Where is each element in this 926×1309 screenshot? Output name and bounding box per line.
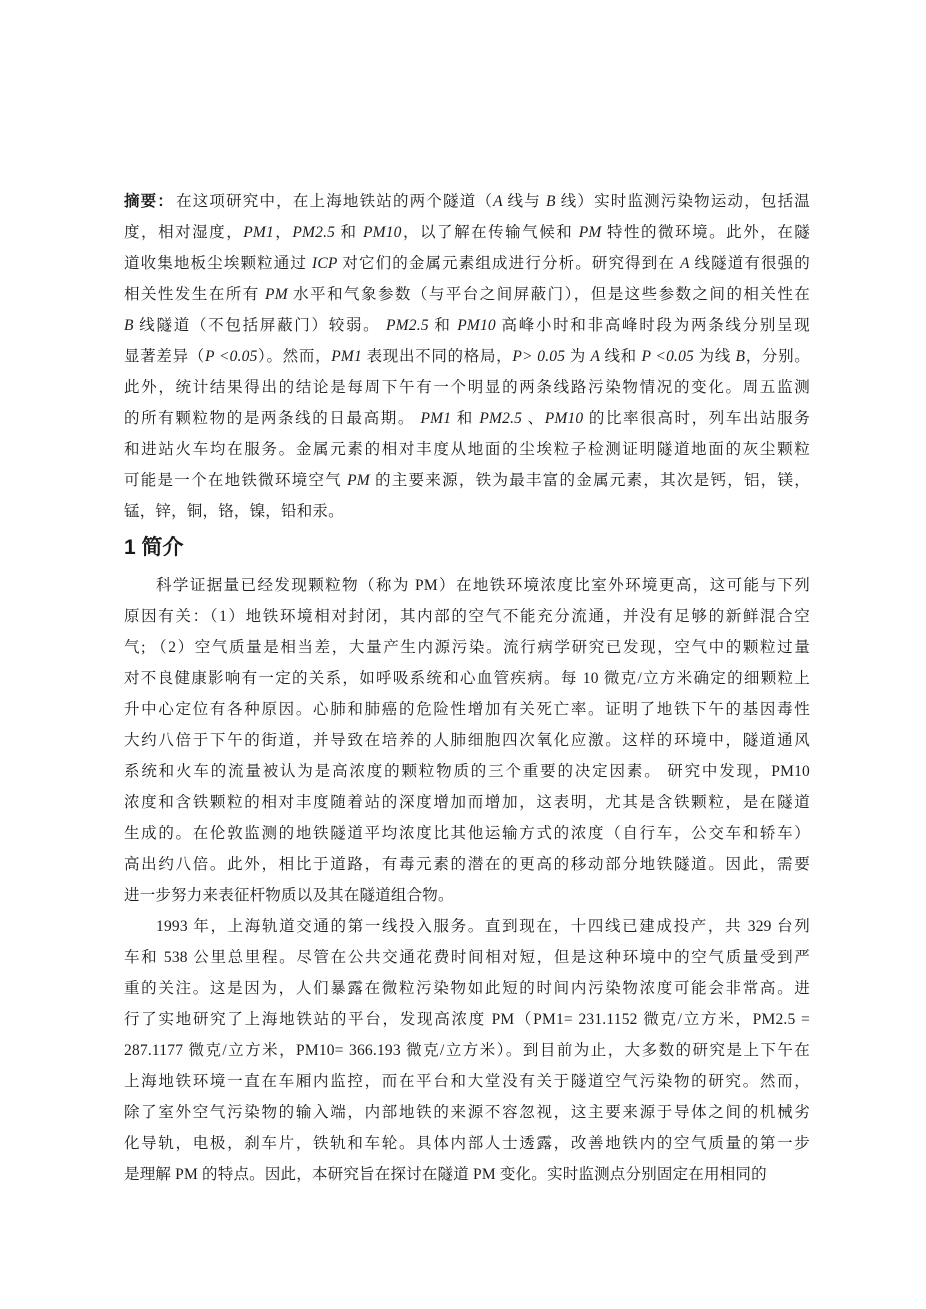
text-line: 原因有关：（1）地铁环境相对封闭，其内部的空气不能充分流通，并没有足够的新鲜混合…: [124, 601, 810, 632]
section-heading-intro: 1 简介: [124, 533, 810, 563]
text-line-content: 度，相对湿度，PM1，PM2.5 和 PM10，以了解在传输气候和 PM 特性的…: [124, 224, 810, 241]
text-line: 锰，锌，铜，铬，镍，铅和汞。: [124, 496, 810, 527]
text-line-content: 和进站火车均在服务。金属元素的相对丰度从地面的尘埃粒子检测证明隧道地面的灰尘颗粒: [124, 441, 810, 458]
text-line-content: 原因有关：（1）地铁环境相对封闭，其内部的空气不能充分流通，并没有足够的新鲜混合…: [124, 608, 810, 625]
text-line: 气; （2）空气质量是相当差，大量产生内源污染。流行病学研究已发现，空气中的颗粒…: [124, 632, 810, 663]
text-line-content: 气; （2）空气质量是相当差，大量产生内源污染。流行病学研究已发现，空气中的颗粒…: [124, 639, 810, 656]
text-line: 摘要：在这项研究中，在上海地铁站的两个隧道（A 线与 B 线）实时监测污染物运动…: [124, 186, 810, 217]
text-line-content: 车和 538 公里总里程。尽管在公共交通花费时间相对短，但是这种环境中的空气质量…: [124, 949, 810, 966]
text-line: 和进站火车均在服务。金属元素的相对丰度从地面的尘埃粒子检测证明隧道地面的灰尘颗粒: [124, 434, 810, 465]
text-line-content: 此外，统计结果得出的结论是每周下午有一个明显的两条线路污染物情况的变化。周五监测: [124, 379, 810, 396]
text-line-content: 升中心定位有各种原因。心肺和肺癌的危险性增加有关死亡率。证明了地铁下午的基因毒性: [124, 701, 810, 718]
text-line-content: 287.1177 微克/立方米，PM10= 366.193 微克/立方米）。到目…: [124, 1042, 810, 1059]
text-line-content: 上海地铁环境一直在车厢内监控，而在平台和大堂没有关于隧道空气污染物的研究。然而，: [124, 1073, 810, 1090]
text-line: 重的关注。这是因为，人们暴露在微粒污染物如此短的时间内污染物浓度可能会非常高。进: [124, 973, 810, 1004]
text-line: 相关性发生在所有 PM 水平和气象参数（与平台之间屏蔽门），但是这些参数之间的相…: [124, 279, 810, 310]
text-line: 上海地铁环境一直在车厢内监控，而在平台和大堂没有关于隧道空气污染物的研究。然而，: [124, 1066, 810, 1097]
document-content: 摘要：在这项研究中，在上海地铁站的两个隧道（A 线与 B 线）实时监测污染物运动…: [124, 186, 810, 1190]
text-line-content: 大约八倍于下午的街道，并导致在培养的人肺细胞四次氧化应激。这样的环境中，隧道通风: [124, 732, 810, 749]
text-line-content: 1993 年，上海轨道交通的第一线投入服务。直到现在，十四线已建成投产，共 32…: [156, 918, 810, 935]
text-line: 系统和火车的流量被认为是高浓度的颗粒物质的三个重要的决定因素。 研究中发现，PM…: [124, 756, 810, 787]
text-line-content: 系统和火车的流量被认为是高浓度的颗粒物质的三个重要的决定因素。 研究中发现，PM…: [124, 763, 810, 780]
text-line: 科学证据量已经发现颗粒物（称为 PM）在地铁环境浓度比室外环境更高，这可能与下列: [124, 570, 810, 601]
body-paragraph: 1993 年，上海轨道交通的第一线投入服务。直到现在，十四线已建成投产，共 32…: [124, 911, 810, 1190]
text-line: 除了室外空气污染物的输入端，内部地铁的来源不容忽视，这主要来源于导体之间的机械劣: [124, 1097, 810, 1128]
body-paragraph: 科学证据量已经发现颗粒物（称为 PM）在地铁环境浓度比室外环境更高，这可能与下列…: [124, 570, 810, 911]
text-line: 生成的。在伦敦监测的地铁隧道平均浓度比其他运输方式的浓度（自行车，公交车和轿车）: [124, 818, 810, 849]
introduction-paragraphs: 科学证据量已经发现颗粒物（称为 PM）在地铁环境浓度比室外环境更高，这可能与下列…: [124, 570, 810, 1190]
abstract-paragraph: 摘要：在这项研究中，在上海地铁站的两个隧道（A 线与 B 线）实时监测污染物运动…: [124, 186, 810, 527]
text-line-content: 锰，锌，铜，铬，镍，铅和汞。: [124, 503, 344, 520]
text-line: 大约八倍于下午的街道，并导致在培养的人肺细胞四次氧化应激。这样的环境中，隧道通风: [124, 725, 810, 756]
text-line: 此外，统计结果得出的结论是每周下午有一个明显的两条线路污染物情况的变化。周五监测: [124, 372, 810, 403]
text-line: 车和 538 公里总里程。尽管在公共交通花费时间相对短，但是这种环境中的空气质量…: [124, 942, 810, 973]
text-line-content: 化导轨，电极，刹车片，铁轨和车轮。具体内部人士透露，改善地铁内的空气质量的第一步: [124, 1135, 810, 1152]
text-line-content: 行了实地研究了上海地铁站的平台，发现高浓度 PM（PM1= 231.1152 微…: [124, 1011, 810, 1028]
text-line: 的所有颗粒物的是两条线的日最高期。 PM1 和 PM2.5 、PM10 的比率很…: [124, 403, 810, 434]
text-line: 对不良健康影响有一定的关系，如呼吸系统和心血管疾病。每 10 微克/立方米确定的…: [124, 663, 810, 694]
text-line: 度，相对湿度，PM1，PM2.5 和 PM10，以了解在传输气候和 PM 特性的…: [124, 217, 810, 248]
text-line-content: B 线隧道（不包括屏蔽门）较弱。 PM2.5 和 PM10 高峰小时和非高峰时段…: [124, 317, 810, 334]
text-line: 道收集地板尘埃颗粒通过 ICP 对它们的金属元素组成进行分析。研究得到在 A 线…: [124, 248, 810, 279]
text-line-content: 是理解 PM 的特点。因此，本研究旨在探讨在隧道 PM 变化。实时监测点分别固定…: [124, 1166, 767, 1183]
text-line-content: 显著差异（P <0.05）。然而，PM1 表现出不同的格局，P> 0.05 为 …: [124, 348, 810, 365]
text-line-content: 相关性发生在所有 PM 水平和气象参数（与平台之间屏蔽门），但是这些参数之间的相…: [124, 286, 810, 303]
document-page: 摘要：在这项研究中，在上海地铁站的两个隧道（A 线与 B 线）实时监测污染物运动…: [0, 0, 926, 1309]
text-line-content: 生成的。在伦敦监测的地铁隧道平均浓度比其他运输方式的浓度（自行车，公交车和轿车）: [124, 825, 810, 842]
text-line-content: 高出约八倍。此外，相比于道路，有毒元素的潜在的更高的移动部分地铁隧道。因此，需要: [124, 856, 810, 873]
text-line-content: 可能是一个在地铁微环境空气 PM 的主要来源，铁为最丰富的金属元素，其次是钙，铝…: [124, 472, 810, 489]
text-line-content: 的所有颗粒物的是两条线的日最高期。 PM1 和 PM2.5 、PM10 的比率很…: [124, 410, 810, 427]
text-line: 1993 年，上海轨道交通的第一线投入服务。直到现在，十四线已建成投产，共 32…: [124, 911, 810, 942]
text-line: 浓度和含铁颗粒的相对丰度随着站的深度增加而增加，这表明，尤其是含铁颗粒，是在隧道: [124, 787, 810, 818]
text-line-content: 科学证据量已经发现颗粒物（称为 PM）在地铁环境浓度比室外环境更高，这可能与下列: [156, 577, 810, 594]
text-line: 进一步努力来表征杆物质以及其在隧道组合物。: [124, 880, 810, 911]
text-line: 是理解 PM 的特点。因此，本研究旨在探讨在隧道 PM 变化。实时监测点分别固定…: [124, 1159, 810, 1190]
text-line: 287.1177 微克/立方米，PM10= 366.193 微克/立方米）。到目…: [124, 1035, 810, 1066]
text-line: 显著差异（P <0.05）。然而，PM1 表现出不同的格局，P> 0.05 为 …: [124, 341, 810, 372]
text-line-content: 重的关注。这是因为，人们暴露在微粒污染物如此短的时间内污染物浓度可能会非常高。进: [124, 980, 810, 997]
text-line-content: 浓度和含铁颗粒的相对丰度随着站的深度增加而增加，这表明，尤其是含铁颗粒，是在隧道: [124, 794, 810, 811]
text-line-content: 进一步努力来表征杆物质以及其在隧道组合物。: [124, 887, 454, 904]
text-line: 化导轨，电极，刹车片，铁轨和车轮。具体内部人士透露，改善地铁内的空气质量的第一步: [124, 1128, 810, 1159]
text-line-content: 在这项研究中，在上海地铁站的两个隧道（A 线与 B 线）实时监测污染物运动，包括…: [176, 193, 810, 210]
text-line: 行了实地研究了上海地铁站的平台，发现高浓度 PM（PM1= 231.1152 微…: [124, 1004, 810, 1035]
text-line-content: 对不良健康影响有一定的关系，如呼吸系统和心血管疾病。每 10 微克/立方米确定的…: [124, 670, 810, 687]
abstract-label: 摘要：: [124, 193, 176, 210]
text-line-content: 除了室外空气污染物的输入端，内部地铁的来源不容忽视，这主要来源于导体之间的机械劣: [124, 1104, 810, 1121]
text-line: 可能是一个在地铁微环境空气 PM 的主要来源，铁为最丰富的金属元素，其次是钙，铝…: [124, 465, 810, 496]
text-line: 升中心定位有各种原因。心肺和肺癌的危险性增加有关死亡率。证明了地铁下午的基因毒性: [124, 694, 810, 725]
text-line: 高出约八倍。此外，相比于道路，有毒元素的潜在的更高的移动部分地铁隧道。因此，需要: [124, 849, 810, 880]
text-line-content: 道收集地板尘埃颗粒通过 ICP 对它们的金属元素组成进行分析。研究得到在 A 线…: [124, 255, 810, 272]
text-line: B 线隧道（不包括屏蔽门）较弱。 PM2.5 和 PM10 高峰小时和非高峰时段…: [124, 310, 810, 341]
